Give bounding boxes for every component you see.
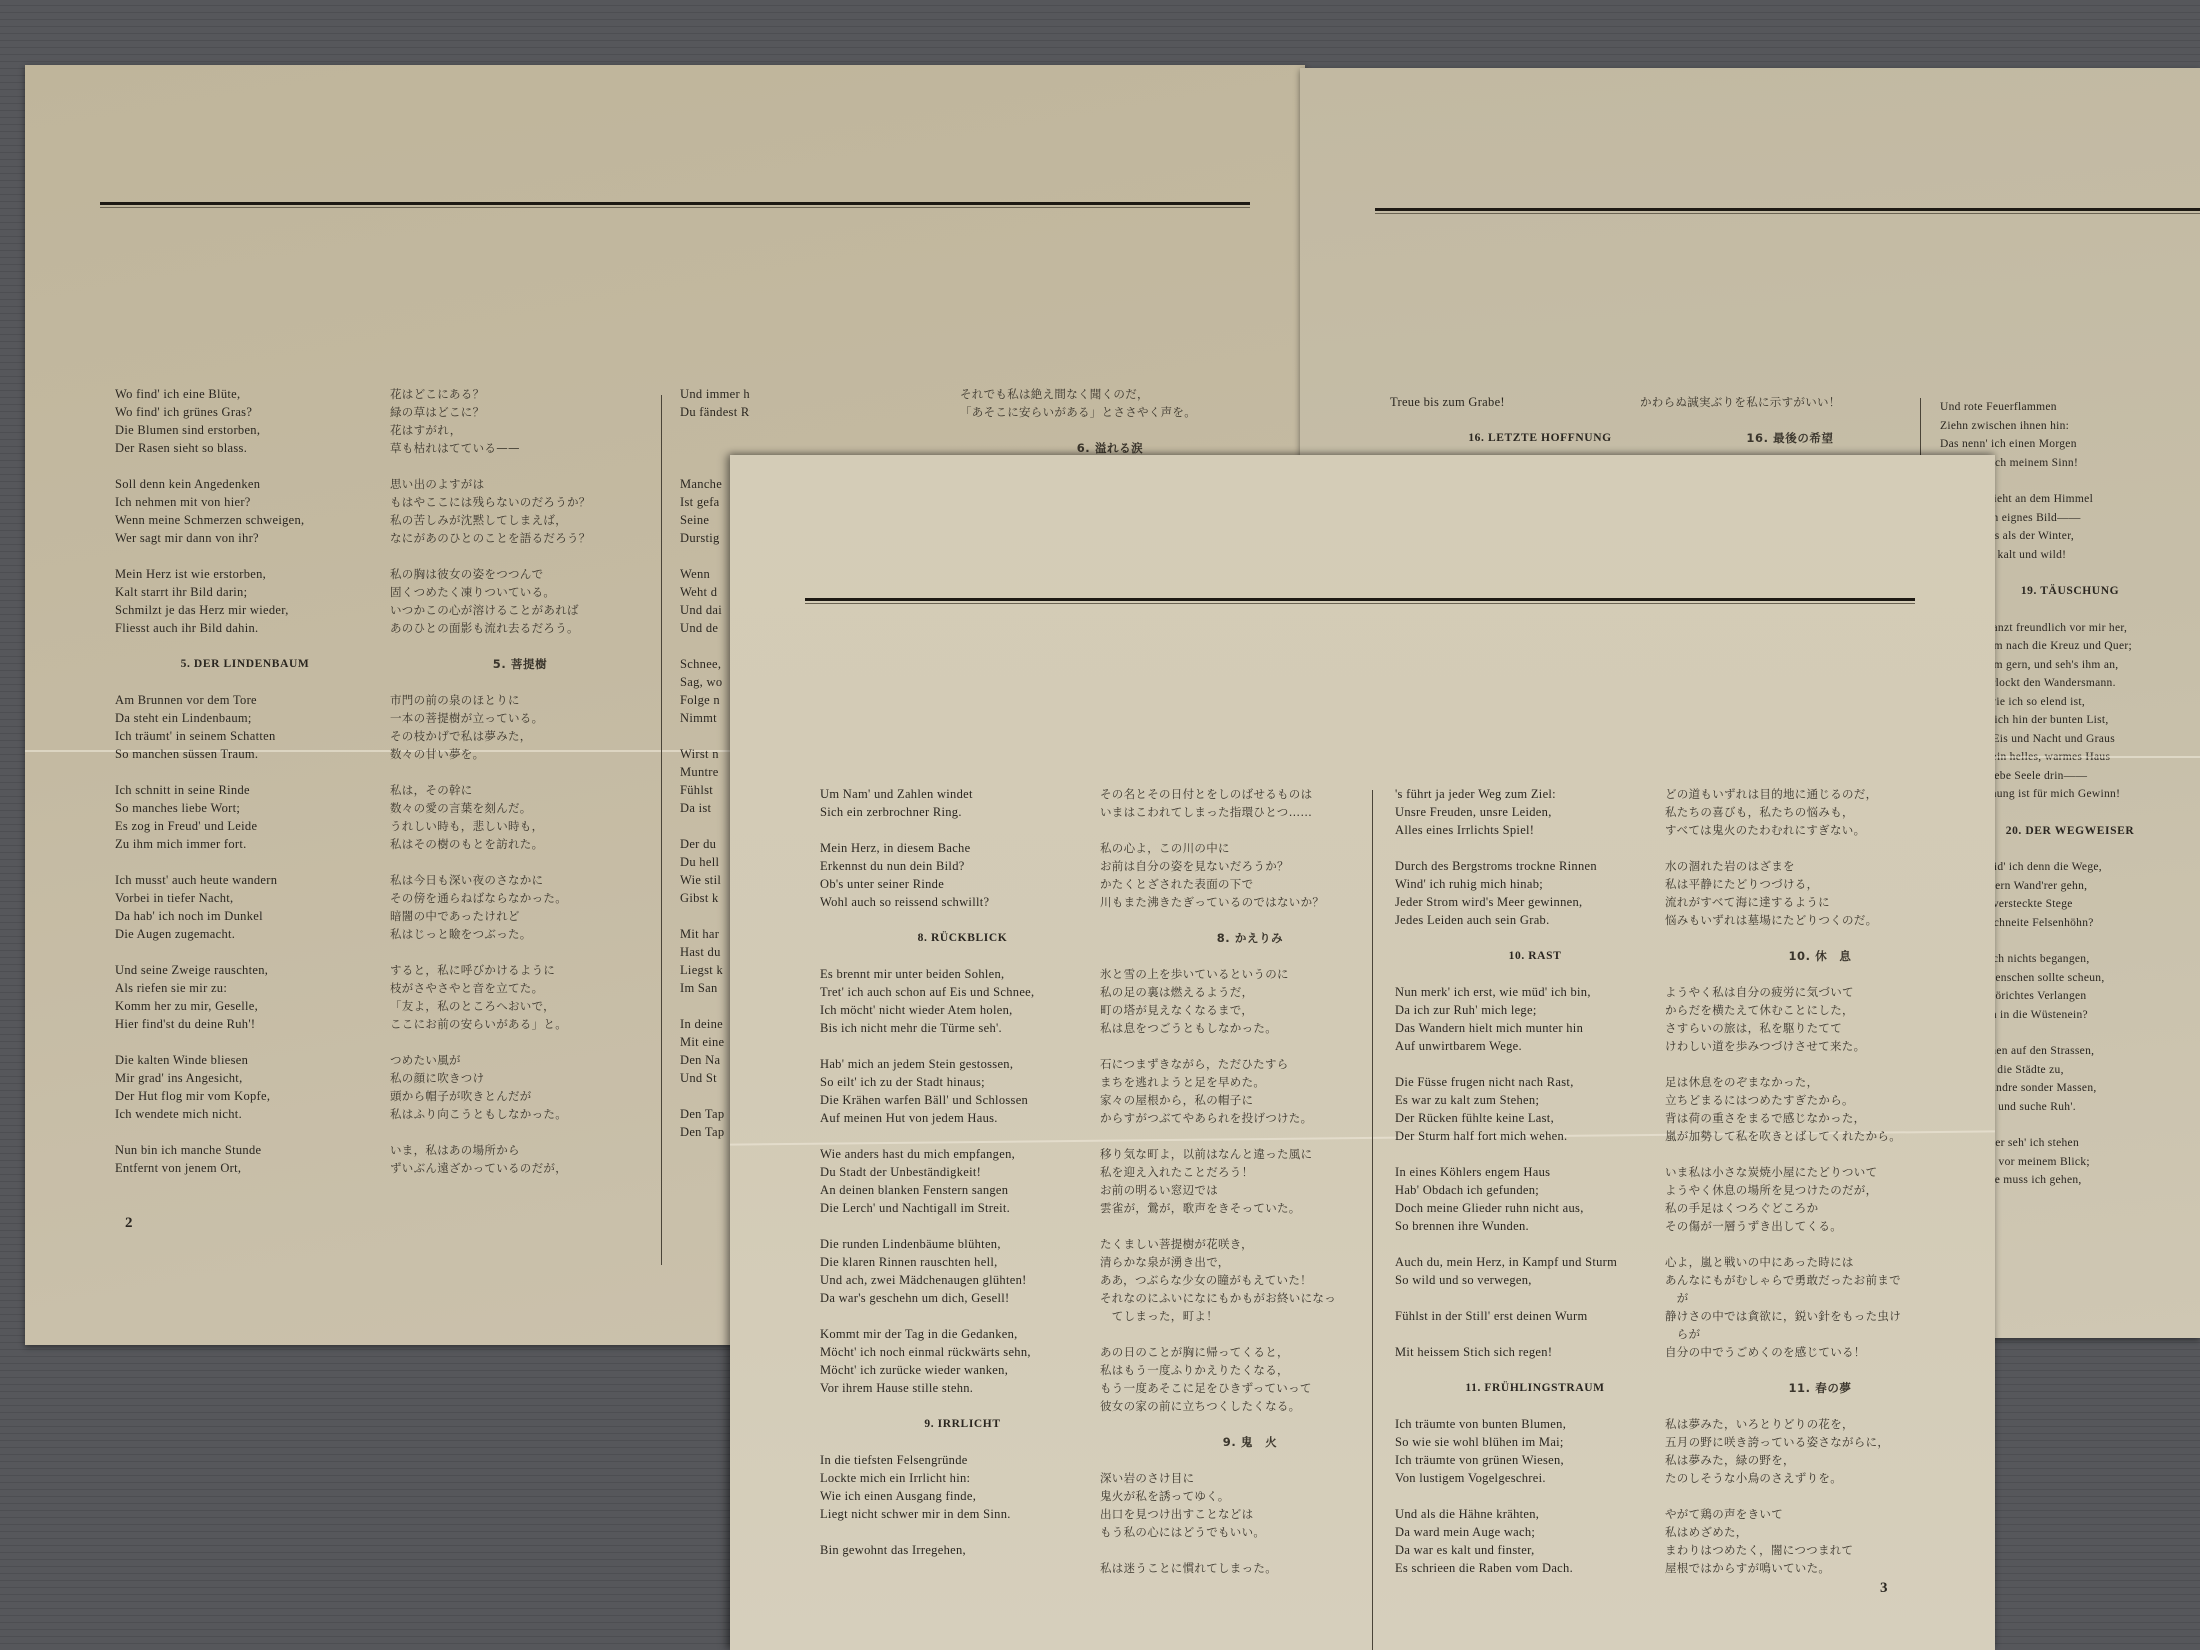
lyric-line: 花はどこにある？: [390, 385, 650, 403]
lyric-line: Wo find' ich grünes Gras?: [115, 403, 375, 421]
stanza: Die kalten Winde bliesenMir grad' ins An…: [115, 1051, 375, 1123]
stanza: 花はどこにある？緑の草はどこに？花はすがれ，草も枯れはてている——: [390, 385, 650, 457]
lyric-line: その枝かげで私は夢みた，: [390, 727, 650, 745]
lyric-line: すると，私に呼びかけるように: [390, 961, 650, 979]
lyric-line: あのひとの面影も流れ去るだろう。: [390, 619, 650, 637]
stanza: Am Brunnen vor dem ToreDa steht ein Lind…: [115, 691, 375, 763]
lyric-line: 心よ，嵐と戦いの中にあった時には: [1665, 1253, 1975, 1271]
lyric-line: Fühlst in der Still' erst deinen Wurm: [1395, 1307, 1675, 1325]
lyric-line: Wenn meine Schmerzen schweigen,: [115, 511, 375, 529]
lyric-line: Da steht ein Lindenbaum;: [115, 709, 375, 727]
lyric-line: 's führt ja jeder Weg zum Ziel:: [1395, 785, 1675, 803]
lyric-line: Auf meinen Hut von jedem Haus.: [820, 1109, 1105, 1127]
lyric-line: 一本の菩提樹が立っている。: [390, 709, 650, 727]
stanza: Ich musst' auch heute wandernVorbei in t…: [115, 871, 375, 943]
stanza: In eines Köhlers engem HausHab' Obdach i…: [1395, 1163, 1675, 1235]
stanza: かわらぬ誠実ぶりを私に示すがいい！: [1640, 393, 1940, 411]
lyric-line: Und als die Hähne krähten,: [1395, 1505, 1675, 1523]
lyric-line: Der Rücken fühlte keine Last,: [1395, 1109, 1675, 1127]
lyric-line: お前は自分の姿を見ないだろうか？: [1100, 857, 1400, 875]
lyric-line: 流れがすべて海に達するように: [1665, 893, 1975, 911]
lyric-line: Als riefen sie mir zu:: [115, 979, 375, 997]
stanza: 私は，その幹に数々の愛の言葉を刻んだ。うれしい時も，悲しい時も，私はその樹のもと…: [390, 781, 650, 853]
lyric-line: あの日のことが胸に帰ってくると，: [1100, 1343, 1400, 1361]
lyric-line: Die klaren Rinnen rauschten hell,: [820, 1253, 1105, 1271]
stanza: Ich träumte von bunten Blumen,So wie sie…: [1395, 1415, 1675, 1487]
lyric-line: Ich träumt' in seinem Schatten: [115, 727, 375, 745]
lyric-line: Da war's geschehn um dich, Gesell!: [820, 1289, 1105, 1307]
lyric-line: なにがあのひとのことを語るだろう？: [390, 529, 650, 547]
lyric-line: Die Augen zugemacht.: [115, 925, 375, 943]
lyric-line: In die tiefsten Felsengründe: [820, 1451, 1105, 1469]
song-heading: 8. かえりみ: [1100, 929, 1400, 947]
stanza: どの道もいずれは目的地に通じるのだ，私たちの喜びも，私たちの悩みも，すべては鬼火…: [1665, 785, 1975, 839]
lyric-line: Wie ich einen Ausgang finde,: [820, 1487, 1105, 1505]
stanza: すると，私に呼びかけるように枝がさやさやと音を立てた。「友よ，私のところへおいで…: [390, 961, 650, 1033]
lyric-line: 鬼火が私を誘ってゆく。: [1100, 1487, 1400, 1505]
lyric-line: かわらぬ誠実ぶりを私に示すがいい！: [1640, 393, 1940, 411]
header-rule: [100, 202, 1250, 205]
column-divider: [661, 395, 662, 1265]
lyric-line: さすらいの旅は，私を駆りたてて: [1665, 1019, 1975, 1037]
lyric-line: Ich möcht' nicht wieder Atem holen,: [820, 1001, 1105, 1019]
lyric-line: Die Füsse frugen nicht nach Rast,: [1395, 1073, 1675, 1091]
lyric-line: 私は今日も深い夜のさなかに: [390, 871, 650, 889]
lyric-line: Hab' Obdach ich gefunden;: [1395, 1181, 1675, 1199]
stanza: Mein Herz ist wie erstorben,Kalt starrt …: [115, 565, 375, 637]
lyric-line: 「あそこに安らいがある」とささやく声を。: [960, 403, 1260, 421]
lyric-line: けわしい道を歩みつづけさせて来た。: [1665, 1037, 1975, 1055]
lyric-line: 緑の草はどこに？: [390, 403, 650, 421]
lyric-line: Der Rasen sieht so blass.: [115, 439, 375, 457]
song-heading: 9. IRRLICHT: [820, 1415, 1105, 1433]
lyric-line: Durch des Bergstroms trockne Rinnen: [1395, 857, 1675, 875]
lyric-line: Da hab' ich noch im Dunkel: [115, 907, 375, 925]
lyric-line: 立ちどまるにはつめたすぎたから。: [1665, 1091, 1975, 1109]
lyric-line: Die Krähen warfen Bäll' und Schlossen: [820, 1091, 1105, 1109]
stanza: 私は今日も深い夜のさなかにその傍を通らねばならなかった。暗闇の中であったけれど私…: [390, 871, 650, 943]
stanza: Fühlst in der Still' erst deinen Wurm: [1395, 1307, 1675, 1325]
lyric-line: からだを横たえて休むことにした，: [1665, 1001, 1975, 1019]
lyric-line: 私はじっと瞼をつぶった。: [390, 925, 650, 943]
lyric-line: ようやく私は自分の疲労に気づいて: [1665, 983, 1975, 1001]
lyric-line: 私の胸は彼女の姿をつつんで: [390, 565, 650, 583]
lyric-line: Der Hut flog mir vom Kopfe,: [115, 1087, 375, 1105]
booklet-page-3: Um Nam' und Zahlen windetSich ein zerbro…: [730, 455, 1995, 1650]
lyric-line: Zu ihm mich immer fort.: [115, 835, 375, 853]
lyric-line: いま私は小さな炭焼小屋にたどりついて: [1665, 1163, 1975, 1181]
lyric-line: Schmilzt je das Herz mir wieder,: [115, 601, 375, 619]
lyric-line: 数々の甘い夢を。: [390, 745, 650, 763]
lyric-line: 私は息をつごうともしなかった。: [1100, 1019, 1400, 1037]
stanza: 思い出のよすがはもはやここには残らないのだろうか？私の苦しみが沈黙してしまえば，…: [390, 475, 650, 547]
lyric-line: Hab' mich an jedem Stein gestossen,: [820, 1055, 1105, 1073]
lyric-line: Auch du, mein Herz, in Kampf und Sturm: [1395, 1253, 1675, 1271]
lyric-line: Ich träumte von grünen Wiesen,: [1395, 1451, 1675, 1469]
stanza: Es brennt mir unter beiden Sohlen,Tret' …: [820, 965, 1105, 1037]
lyric-line: Ich musst' auch heute wandern: [115, 871, 375, 889]
lyric-line: ずいぶん遠ざかっているのだが，: [390, 1159, 650, 1177]
lyric-line: ようやく休息の場所を見つけたのだが，: [1665, 1181, 1975, 1199]
lyric-line: In eines Köhlers engem Haus: [1395, 1163, 1675, 1181]
stanza: Mein Herz, in diesem BacheErkennst du nu…: [820, 839, 1105, 911]
lyric-line: まちを逃れようと足を早めた。: [1100, 1073, 1400, 1091]
lyric-line: Der Sturm half fort mich wehen.: [1395, 1127, 1675, 1145]
lyric-line: たのしそうな小鳥のさえずりを。: [1665, 1469, 1975, 1487]
column-japanese-2: どの道もいずれは目的地に通じるのだ，私たちの喜びも，私たちの悩みも，すべては鬼火…: [1665, 785, 1975, 1595]
lyric-line: その傷が一層うずき出してくる。: [1665, 1217, 1975, 1235]
lyric-line: 花はすがれ，: [390, 421, 650, 439]
lyric-line: Vorbei in tiefer Nacht,: [115, 889, 375, 907]
stanza: やがて鶏の声をきいて私はめざめた，まわりはつめたく，闇につつまれて屋根ではからす…: [1665, 1505, 1975, 1577]
stanza: ようやく私は自分の疲労に気づいてからだを横たえて休むことにした，さすらいの旅は，…: [1665, 983, 1975, 1055]
stanza: Wo find' ich eine Blüte,Wo find' ich grü…: [115, 385, 375, 457]
lyric-line: Möcht' ich zurücke wieder wanken,: [820, 1361, 1105, 1379]
stanza: Mit heissem Stich sich regen!: [1395, 1343, 1675, 1361]
lyric-line: 私たちの喜びも，私たちの悩みも，: [1665, 803, 1975, 821]
lyric-line: 雲雀が，鶯が，歌声をきそっていた。: [1100, 1199, 1400, 1217]
stanza: たくましい菩提樹が花咲き，清らかな泉が湧き出で，ああ，つぶらな少女の瞳がもえてい…: [1100, 1235, 1400, 1325]
lyric-line: Ich träumte von bunten Blumen,: [1395, 1415, 1675, 1433]
lyric-line: 出口を見つけ出すことなどは: [1100, 1505, 1400, 1523]
stanza: 石につまずきながら，ただひたすらまちを逃れようと足を早めた。家々の屋根から，私の…: [1100, 1055, 1400, 1127]
song-heading: 16. 最後の希望: [1640, 429, 1940, 447]
lyric-line: が: [1665, 1289, 1975, 1307]
lyric-line: Erkennst du nun dein Bild?: [820, 857, 1105, 875]
stanza: Und als die Hähne krähten,Da ward mein A…: [1395, 1505, 1675, 1577]
lyric-line: 数々の愛の言葉を刻んだ。: [390, 799, 650, 817]
lyric-line: たくましい菩提樹が花咲き，: [1100, 1235, 1400, 1253]
lyric-line: 「友よ，私のところへおいで，: [390, 997, 650, 1015]
lyric-line: Ziehn zwischen ihnen hin:: [1940, 417, 2200, 436]
lyric-line: もう一度あそこに足をひきずっていって: [1100, 1379, 1400, 1397]
stanza: Auch du, mein Herz, in Kampf und SturmSo…: [1395, 1253, 1675, 1289]
lyric-line: 深い岩のさけ目に: [1100, 1469, 1400, 1487]
lyric-line: いつかこの心が溶けることがあれば: [390, 601, 650, 619]
lyric-line: 町の塔が見えなくなるまで，: [1100, 1001, 1400, 1019]
lyric-line: Möcht' ich noch einmal rückwärts sehn,: [820, 1343, 1105, 1361]
lyric-line: お前の明るい窓辺では: [1100, 1181, 1400, 1199]
lyric-line: Kalt starrt ihr Bild darin;: [115, 583, 375, 601]
lyric-line: あんなにもがむしゃらで勇敢だったお前まで: [1665, 1271, 1975, 1289]
lyric-line: Bis ich nicht mehr die Türme seh'.: [820, 1019, 1105, 1037]
lyric-line: かたくとざされた表面の下で: [1100, 875, 1400, 893]
song-heading: 5. 菩提樹: [390, 655, 650, 673]
lyric-line: Am Brunnen vor dem Tore: [115, 691, 375, 709]
lyric-line: それでも私は絶え間なく聞くのだ，: [960, 385, 1260, 403]
lyric-line: Ich nehmen mit von hier?: [115, 493, 375, 511]
lyric-line: ああ，つぶらな少女の瞳がもえていた！: [1100, 1271, 1400, 1289]
lyric-line: もう私の心にはどうでもいい。: [1100, 1523, 1400, 1541]
lyric-line: Die Lerch' und Nachtigall im Streit.: [820, 1199, 1105, 1217]
stanza: Und seine Zweige rauschten,Als riefen si…: [115, 961, 375, 1033]
stanza: 市門の前の泉のほとりに一本の菩提樹が立っている。その枝かげで私は夢みた，数々の甘…: [390, 691, 650, 763]
stanza: Kommt mir der Tag in die Gedanken,Möcht'…: [820, 1325, 1105, 1397]
lyric-line: Mein Herz, in diesem Bache: [820, 839, 1105, 857]
lyric-line: So manches liebe Wort;: [115, 799, 375, 817]
lyric-line: 草も枯れはてている——: [390, 439, 650, 457]
lyric-line: 暗闇の中であったけれど: [390, 907, 650, 925]
lyric-line: 背は荷の重さをまるで感じなかった，: [1665, 1109, 1975, 1127]
lyric-line: Nun bin ich manche Stunde: [115, 1141, 375, 1159]
lyric-line: 私の足の裏は燃えるようだ，: [1100, 983, 1400, 1001]
lyric-line: Wo find' ich eine Blüte,: [115, 385, 375, 403]
lyric-line: Doch meine Glieder ruhn nicht aus,: [1395, 1199, 1675, 1217]
stanza: 私は夢みた，いろとりどりの花を，五月の野に咲き誇っている姿さながらに，私は夢みた…: [1665, 1415, 1975, 1487]
stanza: その名とその日付とをしのばせるものはいまはこわれてしまった指環ひとつ……: [1100, 785, 1400, 821]
lyric-line: Es zog in Freud' und Leide: [115, 817, 375, 835]
lyric-line: Da war es kalt und finster,: [1395, 1541, 1675, 1559]
lyric-line: Unsre Freuden, unsre Leiden,: [1395, 803, 1675, 821]
lyric-line: Es brennt mir unter beiden Sohlen,: [820, 965, 1105, 983]
stanza: つめたい風が私の顔に吹きつけ頭から帽子が吹きとんだが私はふり向こうともしなかった…: [390, 1051, 650, 1123]
lyric-line: うれしい時も，悲しい時も，: [390, 817, 650, 835]
lyric-line: Wie anders hast du mich empfangen,: [820, 1145, 1105, 1163]
lyric-line: Fliesst auch ihr Bild dahin.: [115, 619, 375, 637]
lyric-line: いまはこわれてしまった指環ひとつ……: [1100, 803, 1400, 821]
lyric-line: 市門の前の泉のほとりに: [390, 691, 650, 709]
stanza: いま，私はあの場所からずいぶん遠ざかっているのだが，: [390, 1141, 650, 1177]
song-heading: 9. 鬼 火: [1100, 1433, 1400, 1451]
lyric-line: その名とその日付とをしのばせるものは: [1100, 785, 1400, 803]
lyric-line: Da ward mein Auge wach;: [1395, 1523, 1675, 1541]
column-german-1: Um Nam' und Zahlen windetSich ein zerbro…: [820, 785, 1105, 1577]
lyric-line: やがて鶏の声をきいて: [1665, 1505, 1975, 1523]
lyric-line: 私の心よ，この川の中に: [1100, 839, 1400, 857]
lyric-line: Mein Herz ist wie erstorben,: [115, 565, 375, 583]
stanza: 私は迷うことに慣れてしまった。: [1100, 1559, 1400, 1577]
song-heading: 11. FRÜHLINGSTRAUM: [1395, 1379, 1675, 1397]
stanza: 水の涸れた岩のはざまを私は平静にたどりつづける，流れがすべて海に達するように悩み…: [1665, 857, 1975, 929]
lyric-line: 私は迷うことに慣れてしまった。: [1100, 1559, 1400, 1577]
lyric-line: Das nenn' ich einen Morgen: [1940, 435, 2200, 454]
stanza: Die runden Lindenbäume blühten,Die klare…: [820, 1235, 1105, 1307]
lyric-line: Wer sagt mir dann von ihr?: [115, 529, 375, 547]
lyric-line: 自分の中でうごめくのを感じている！: [1665, 1343, 1975, 1361]
song-heading: 10. 休 息: [1665, 947, 1975, 965]
stanza: Bin gewohnt das Irregehen,: [820, 1541, 1105, 1559]
lyric-line: Jedes Leiden auch sein Grab.: [1395, 911, 1675, 929]
lyric-line: それなのにふいになにもかもがお終いになっ: [1100, 1289, 1400, 1307]
column-japanese-left: 花はどこにある？緑の草はどこに？花はすがれ，草も枯れはてている——思い出のよすが…: [390, 385, 650, 1195]
lyric-line: So manchen süssen Traum.: [115, 745, 375, 763]
lyric-line: 私はその樹のもとを訪れた。: [390, 835, 650, 853]
lyric-line: 五月の野に咲き誇っている姿さながらに，: [1665, 1433, 1975, 1451]
stanza: Hab' mich an jedem Stein gestossen,So ei…: [820, 1055, 1105, 1127]
lyric-line: ここにお前の安らいがある」と。: [390, 1015, 650, 1033]
header-rule: [1375, 208, 2200, 211]
lyric-line: Nun merk' ich erst, wie müd' ich bin,: [1395, 983, 1675, 1001]
lyric-line: Entfernt von jenem Ort,: [115, 1159, 375, 1177]
song-heading: 8. RÜCKBLICK: [820, 929, 1105, 947]
lyric-line: 川もまた沸きたぎっているのではないか？: [1100, 893, 1400, 911]
lyric-line: 嵐が加勢して私を吹きとばしてくれたから。: [1665, 1127, 1975, 1145]
stanza: Und immer hör' ich's rauschen:Du fändest…: [680, 385, 750, 421]
lyric-line: 移り気な町よ，以前はなんと違った風に: [1100, 1145, 1400, 1163]
lyric-line: もはやここには残らないのだろうか？: [390, 493, 650, 511]
stanza: Nun merk' ich erst, wie müd' ich bin,Da …: [1395, 983, 1675, 1055]
lyric-line: Die kalten Winde bliesen: [115, 1051, 375, 1069]
lyric-line: Die runden Lindenbäume blühten,: [820, 1235, 1105, 1253]
lyric-line: Liegt nicht schwer mir in dem Sinn.: [820, 1505, 1105, 1523]
column-german-2: 's führt ja jeder Weg zum Ziel:Unsre Fre…: [1395, 785, 1675, 1595]
lyric-line: 枝がさやさやと音を立てた。: [390, 979, 650, 997]
lyric-line: Alles eines Irrlichts Spiel!: [1395, 821, 1675, 839]
lyric-line: Jeder Strom wird's Meer gewinnen,: [1395, 893, 1675, 911]
lyric-line: So eilt' ich zu der Stadt hinaus;: [820, 1073, 1105, 1091]
lyric-line: 静けさの中では貪欲に，鋭い針をもった虫け: [1665, 1307, 1975, 1325]
lyric-line: 私は，その幹に: [390, 781, 650, 799]
lyric-line: Von lustigem Vogelgeschrei.: [1395, 1469, 1675, 1487]
stanza: Die Füsse frugen nicht nach Rast,Es war …: [1395, 1073, 1675, 1145]
lyric-line: Mit heissem Stich sich regen!: [1395, 1343, 1675, 1361]
lyric-line: 私はもう一度ふりかえりたくなる，: [1100, 1361, 1400, 1379]
lyric-line: 頭から帽子が吹きとんだが: [390, 1087, 650, 1105]
stanza: 移り気な町よ，以前はなんと違った風に私を迎え入れたことだろう！お前の明るい窓辺で…: [1100, 1145, 1400, 1217]
lyric-line: Hier find'st du deine Ruh'!: [115, 1015, 375, 1033]
lyric-line: 私はふり向こうともしなかった。: [390, 1105, 650, 1123]
lyric-line: So brennen ihre Wunden.: [1395, 1217, 1675, 1235]
lyric-line: Und rote Feuerflammen: [1940, 398, 2200, 417]
stanza: Um Nam' und Zahlen windetSich ein zerbro…: [820, 785, 1105, 821]
stanza: 氷と雪の上を歩いているというのに私の足の裏は燃えるようだ，町の塔が見えなくなるま…: [1100, 965, 1400, 1037]
lyric-line: Das Wandern hielt mich munter hin: [1395, 1019, 1675, 1037]
lyric-line: Du Stadt der Unbeständigkeit!: [820, 1163, 1105, 1181]
stanza: Ich schnitt in seine RindeSo manches lie…: [115, 781, 375, 853]
stanza: 深い岩のさけ目に鬼火が私を誘ってゆく。出口を見つけ出すことなどはもう私の心にはど…: [1100, 1469, 1400, 1541]
header-rule: [805, 598, 1915, 601]
stanza: 私の心よ，この川の中にお前は自分の姿を見ないだろうか？かたくとざされた表面の下で…: [1100, 839, 1400, 911]
lyric-line: Du fändest Ruhe dort!: [680, 403, 750, 421]
column-divider: [1372, 790, 1373, 1650]
page-number: 2: [125, 1215, 133, 1232]
lyric-line: 私の顔に吹きつけ: [390, 1069, 650, 1087]
stanza: それでも私は絶え間なく聞くのだ，「あそこに安らいがある」とささやく声を。: [960, 385, 1260, 421]
stanza: Nun bin ich manche StundeEntfernt von je…: [115, 1141, 375, 1177]
lyric-line: どの道もいずれは目的地に通じるのだ，: [1665, 785, 1975, 803]
lyric-line: 清らかな泉が湧き出で，: [1100, 1253, 1400, 1271]
lyric-line: からすがつぶてやあられを投げつけた。: [1100, 1109, 1400, 1127]
lyric-line: 氷と雪の上を歩いているというのに: [1100, 965, 1400, 983]
lyric-line: Um Nam' und Zahlen windet: [820, 785, 1105, 803]
lyric-line: Und immer hör' ich's rauschen:: [680, 385, 750, 403]
lyric-line: So wie sie wohl blühen im Mai;: [1395, 1433, 1675, 1451]
lyric-line: Bin gewohnt das Irregehen,: [820, 1541, 1105, 1559]
lyric-line: Komm her zu mir, Geselle,: [115, 997, 375, 1015]
lyric-line: 私は夢みた，いろとりどりの花を，: [1665, 1415, 1975, 1433]
lyric-line: Lockte mich ein Irrlicht hin:: [820, 1469, 1105, 1487]
lyric-line: Vor ihrem Hause stille stehn.: [820, 1379, 1105, 1397]
lyric-line: 私の手足はくつろぐどころか: [1665, 1199, 1975, 1217]
lyric-line: らが: [1665, 1325, 1975, 1343]
song-heading: 5. DER LINDENBAUM: [115, 655, 375, 673]
lyric-line: 私の苦しみが沈黙してしまえば，: [390, 511, 650, 529]
stanza: あの日のことが胸に帰ってくると，私はもう一度ふりかえりたくなる，もう一度あそこに…: [1100, 1343, 1400, 1415]
page-number: 3: [1880, 1580, 1888, 1597]
lyric-line: Da ich zur Ruh' mich lege;: [1395, 1001, 1675, 1019]
lyric-line: その傍を通らねばならなかった。: [390, 889, 650, 907]
lyric-line: 彼女の家の前に立ちつくしたくなる。: [1100, 1397, 1400, 1415]
lyric-line: An deinen blanken Fenstern sangen: [820, 1181, 1105, 1199]
lyric-line: てしまった，町よ！: [1100, 1307, 1400, 1325]
lyric-line: Auf unwirtbarem Wege.: [1395, 1037, 1675, 1055]
lyric-line: 悩みもいずれは墓場にたどりつくのだ。: [1665, 911, 1975, 929]
column-german-left: Wo find' ich eine Blüte,Wo find' ich grü…: [115, 385, 375, 1195]
lyric-line: Soll denn kein Angedenken: [115, 475, 375, 493]
column-japanese-1: その名とその日付とをしのばせるものはいまはこわれてしまった指環ひとつ……私の心よ…: [1100, 785, 1400, 1595]
stanza: 足は休息をのぞまなかった，立ちどまるにはつめたすぎたから。背は荷の重さをまるで感…: [1665, 1073, 1975, 1145]
song-heading: 11. 春の夢: [1665, 1379, 1975, 1397]
lyric-line: 私は平静にたどりつづける，: [1665, 875, 1975, 893]
lyric-line: Es schrieen die Raben vom Dach.: [1395, 1559, 1675, 1577]
lyric-line: 固くつめたく凍りついている。: [390, 583, 650, 601]
lyric-line: Und ach, zwei Mädchenaugen glühten!: [820, 1271, 1105, 1289]
lyric-line: 水の涸れた岩のはざまを: [1665, 857, 1975, 875]
lyric-line: 屋根ではからすが鳴いていた。: [1665, 1559, 1975, 1577]
stanza: Soll denn kein AngedenkenIch nehmen mit …: [115, 475, 375, 547]
stanza: いま私は小さな炭焼小屋にたどりついてようやく休息の場所を見つけたのだが，私の手足…: [1665, 1163, 1975, 1235]
lyric-line: Wohl auch so reissend schwillt?: [820, 893, 1105, 911]
song-heading: 10. RAST: [1395, 947, 1675, 965]
lyric-line: つめたい風が: [390, 1051, 650, 1069]
lyric-line: 思い出のよすがは: [390, 475, 650, 493]
lyric-line: Kommt mir der Tag in die Gedanken,: [820, 1325, 1105, 1343]
lyric-line: 家々の屋根から，私の帽子に: [1100, 1091, 1400, 1109]
lyric-line: いま，私はあの場所から: [390, 1141, 650, 1159]
lyric-line: Tret' ich auch schon auf Eis und Schnee,: [820, 983, 1105, 1001]
lyric-line: すべては鬼火のたわむれにすぎない。: [1665, 821, 1975, 839]
lyric-line: 私はめざめた，: [1665, 1523, 1975, 1541]
lyric-line: Wind' ich ruhig mich hinab;: [1395, 875, 1675, 893]
lyric-line: Die Blumen sind erstorben,: [115, 421, 375, 439]
stanza: Durch des Bergstroms trockne RinnenWind'…: [1395, 857, 1675, 929]
lyric-line: まわりはつめたく，闇につつまれて: [1665, 1541, 1975, 1559]
lyric-line: 石につまずきながら，ただひたすら: [1100, 1055, 1400, 1073]
lyric-line: 私を迎え入れたことだろう！: [1100, 1163, 1400, 1181]
lyric-line: Ob's unter seiner Rinde: [820, 875, 1105, 893]
lyric-line: Mir grad' ins Angesicht,: [115, 1069, 375, 1087]
lyric-line: 足は休息をのぞまなかった，: [1665, 1073, 1975, 1091]
lyric-line: Und seine Zweige rauschten,: [115, 961, 375, 979]
lyric-line: So wild und so verwegen,: [1395, 1271, 1675, 1289]
lyric-line: Es war zu kalt zum Stehen;: [1395, 1091, 1675, 1109]
stanza: 心よ，嵐と戦いの中にあった時にはあんなにもがむしゃらで勇敢だったお前まで が静け…: [1665, 1253, 1975, 1361]
stanza: In die tiefsten FelsengründeLockte mich …: [820, 1451, 1105, 1523]
lyric-line: Ich wendete mich nicht.: [115, 1105, 375, 1123]
lyric-line: Ich schnitt in seine Rinde: [115, 781, 375, 799]
stanza: 私の胸は彼女の姿をつつんで固くつめたく凍りついている。いつかこの心が溶けることが…: [390, 565, 650, 637]
stanza: 's führt ja jeder Weg zum Ziel:Unsre Fre…: [1395, 785, 1675, 839]
stanza: Wie anders hast du mich empfangen,Du Sta…: [820, 1145, 1105, 1217]
lyric-line: 私は夢みた，緑の野を，: [1665, 1451, 1975, 1469]
lyric-line: Sich ein zerbrochner Ring.: [820, 803, 1105, 821]
